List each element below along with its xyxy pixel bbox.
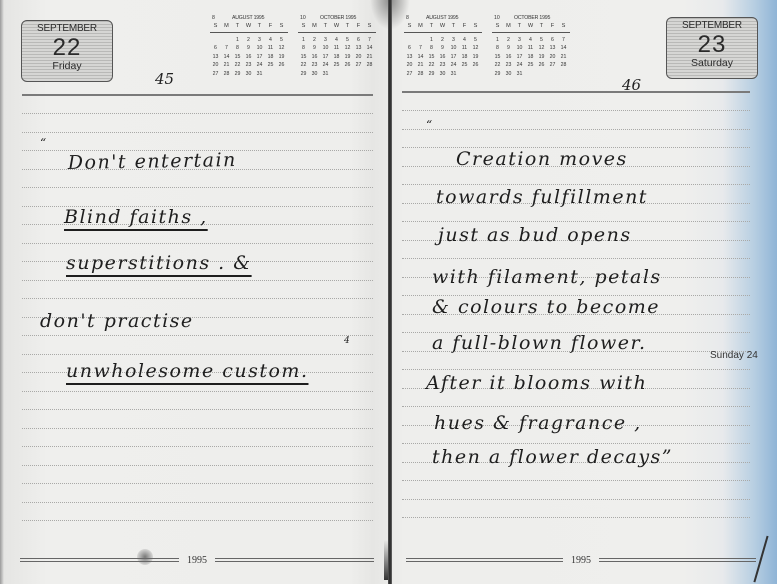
header-rule bbox=[402, 91, 750, 93]
calendar-day: 15 bbox=[232, 53, 243, 62]
calendar-weekday: M bbox=[221, 22, 232, 31]
calendar-title: AUGUST 1995 bbox=[232, 15, 264, 21]
ruled-line bbox=[402, 369, 750, 370]
calendar-day: 10 bbox=[448, 44, 459, 53]
diary-spread: SEPTEMBER 22 Friday 8AUGUST 1995SMTWTFS1… bbox=[0, 0, 777, 584]
calendar-week-number: 8 bbox=[406, 15, 409, 21]
calendar-day: 18 bbox=[331, 53, 342, 62]
calendar-day: 14 bbox=[415, 53, 426, 62]
handwriting-line: just as bud opens bbox=[438, 224, 632, 246]
ruled-line bbox=[22, 483, 373, 484]
calendar-weekday: S bbox=[210, 22, 221, 31]
calendar-title: OCTOBER 1995 bbox=[320, 15, 356, 21]
calendar-day: 6 bbox=[404, 44, 415, 53]
calendar-day bbox=[342, 70, 353, 79]
calendar-day: 29 bbox=[298, 70, 309, 79]
calendar-day: 8 bbox=[298, 44, 309, 53]
calendar-day: 27 bbox=[404, 70, 415, 79]
calendar-day: 22 bbox=[232, 61, 243, 70]
ruled-line bbox=[22, 298, 373, 299]
calendar-weekday: S bbox=[470, 22, 481, 31]
calendar-day: 20 bbox=[404, 61, 415, 70]
calendar-day: 11 bbox=[331, 44, 342, 53]
calendar-rule bbox=[210, 32, 288, 33]
calendar-day bbox=[525, 70, 536, 79]
calendar-day: 31 bbox=[448, 70, 459, 79]
calendar-day: 25 bbox=[459, 61, 470, 70]
calendar-day: 28 bbox=[558, 61, 569, 70]
calendar-weekday: M bbox=[503, 22, 514, 31]
calendar-day: 28 bbox=[364, 61, 375, 70]
calendar-weekdays: SMTWTFS bbox=[210, 22, 292, 31]
calendar-day: 2 bbox=[503, 36, 514, 45]
calendar-day: 20 bbox=[210, 61, 221, 70]
calendar-day: 28 bbox=[415, 70, 426, 79]
calendar-day: 30 bbox=[503, 70, 514, 79]
calendar-day: 25 bbox=[331, 61, 342, 70]
calendar-day: 11 bbox=[459, 44, 470, 53]
calendar-week-number: 10 bbox=[494, 15, 500, 21]
calendar-days: 1234567891011121314151617181920212223242… bbox=[492, 36, 574, 79]
calendar-weekday: S bbox=[558, 22, 569, 31]
left-page: SEPTEMBER 22 Friday 8AUGUST 1995SMTWTFS1… bbox=[0, 0, 389, 584]
calendar-day: 19 bbox=[536, 53, 547, 62]
calendar-day: 24 bbox=[320, 61, 331, 70]
handwriting-line: & colours to become bbox=[432, 296, 660, 318]
calendar-day: 4 bbox=[459, 36, 470, 45]
calendar-day: 14 bbox=[558, 44, 569, 53]
calendar-day: 30 bbox=[437, 70, 448, 79]
calendar-day: 4 bbox=[265, 36, 276, 45]
footnote-mark: 4 bbox=[344, 336, 350, 346]
calendar-day: 5 bbox=[536, 36, 547, 45]
ruled-line bbox=[22, 335, 373, 336]
calendar-day bbox=[276, 70, 287, 79]
footer-rule bbox=[215, 558, 374, 562]
ruled-line bbox=[22, 465, 373, 466]
ruled-line bbox=[22, 132, 373, 133]
calendar-day: 13 bbox=[547, 44, 558, 53]
calendar-day: 2 bbox=[243, 36, 254, 45]
calendar-weekday: W bbox=[243, 22, 254, 31]
calendar-day: 13 bbox=[210, 53, 221, 62]
calendar-day: 17 bbox=[320, 53, 331, 62]
calendar-day bbox=[265, 70, 276, 79]
calendar-day: 7 bbox=[415, 44, 426, 53]
calendar-day: 18 bbox=[525, 53, 536, 62]
mini-calendar-august: 8AUGUST 1995SMTWTFS123456789101112131415… bbox=[404, 15, 486, 79]
handwriting-line: then a flower decays” bbox=[432, 446, 673, 468]
calendar-day bbox=[364, 70, 375, 79]
ruled-line bbox=[22, 113, 373, 114]
header-rule bbox=[22, 94, 373, 96]
right-page: 8AUGUST 1995SMTWTFS123456789101112131415… bbox=[392, 0, 777, 584]
calendar-week-number: 8 bbox=[212, 15, 215, 21]
calendar-day: 18 bbox=[265, 53, 276, 62]
calendar-day: 12 bbox=[536, 44, 547, 53]
calendar-day: 19 bbox=[470, 53, 481, 62]
calendar-days: 1234567891011121314151617181920212223242… bbox=[404, 36, 486, 79]
calendar-day: 17 bbox=[448, 53, 459, 62]
calendar-weekday: W bbox=[525, 22, 536, 31]
calendar-day bbox=[558, 70, 569, 79]
date-day: 23 bbox=[667, 32, 757, 57]
calendar-weekday: T bbox=[448, 22, 459, 31]
calendar-day: 8 bbox=[492, 44, 503, 53]
calendar-day bbox=[459, 70, 470, 79]
calendar-day: 22 bbox=[298, 61, 309, 70]
date-weekday: Friday bbox=[22, 60, 112, 73]
handwriting-line: a full-blown flower. bbox=[432, 332, 647, 354]
calendar-day: 10 bbox=[254, 44, 265, 53]
calendar-day: 3 bbox=[448, 36, 459, 45]
calendar-day: 12 bbox=[276, 44, 287, 53]
calendar-day: 7 bbox=[364, 36, 375, 45]
calendar-day: 12 bbox=[342, 44, 353, 53]
calendar-day: 21 bbox=[415, 61, 426, 70]
calendar-day: 2 bbox=[437, 36, 448, 45]
calendar-day: 19 bbox=[342, 53, 353, 62]
handwriting-line: with filament, petals bbox=[432, 266, 662, 288]
calendar-day: 16 bbox=[309, 53, 320, 62]
calendar-day: 1 bbox=[298, 36, 309, 45]
calendar-weekday: F bbox=[265, 22, 276, 31]
ruled-line bbox=[402, 406, 750, 407]
calendar-days: 1234567891011121314151617181920212223242… bbox=[298, 36, 380, 79]
calendar-day: 31 bbox=[320, 70, 331, 79]
date-box-saturday: SEPTEMBER 23 Saturday bbox=[666, 17, 758, 79]
ruled-line bbox=[402, 443, 750, 444]
calendar-weekday: T bbox=[536, 22, 547, 31]
calendar-day: 4 bbox=[331, 36, 342, 45]
calendar-weekday: M bbox=[415, 22, 426, 31]
page-footer: 1995 bbox=[406, 555, 756, 565]
calendar-day: 29 bbox=[426, 70, 437, 79]
calendar-rule bbox=[492, 32, 570, 33]
calendar-day: 26 bbox=[536, 61, 547, 70]
calendar-day: 23 bbox=[309, 61, 320, 70]
mini-calendar-october: 10OCTOBER 1995SMTWTFS1234567891011121314… bbox=[492, 15, 574, 79]
ruled-line bbox=[402, 480, 750, 481]
calendar-day: 15 bbox=[426, 53, 437, 62]
calendar-day: 26 bbox=[342, 61, 353, 70]
calendar-day: 15 bbox=[298, 53, 309, 62]
calendar-day: 16 bbox=[503, 53, 514, 62]
calendar-rule bbox=[404, 32, 482, 33]
ruled-line bbox=[22, 520, 373, 521]
calendar-day: 30 bbox=[309, 70, 320, 79]
calendar-weekdays: SMTWTFS bbox=[298, 22, 380, 31]
calendar-day: 17 bbox=[254, 53, 265, 62]
calendar-day bbox=[210, 36, 221, 45]
handwritten-page-number: 45 bbox=[155, 70, 174, 88]
footer-rule bbox=[406, 558, 563, 562]
calendar-weekday: S bbox=[298, 22, 309, 31]
mini-calendar-october: 10OCTOBER 1995SMTWTFS1234567891011121314… bbox=[298, 15, 380, 79]
calendar-header: 10OCTOBER 1995 bbox=[298, 15, 380, 22]
calendar-day: 23 bbox=[503, 61, 514, 70]
calendar-day: 7 bbox=[221, 44, 232, 53]
calendar-day: 6 bbox=[353, 36, 364, 45]
calendar-day: 10 bbox=[514, 44, 525, 53]
calendar-day: 26 bbox=[276, 61, 287, 70]
calendar-day: 1 bbox=[426, 36, 437, 45]
calendar-weekdays: SMTWTFS bbox=[404, 22, 486, 31]
calendar-day: 10 bbox=[320, 44, 331, 53]
calendar-day: 25 bbox=[265, 61, 276, 70]
date-box-friday: SEPTEMBER 22 Friday bbox=[21, 20, 113, 82]
calendar-day bbox=[415, 36, 426, 45]
mini-calendar-august: 8AUGUST 1995SMTWTFS123456789101112131415… bbox=[210, 15, 292, 79]
ruled-line bbox=[22, 502, 373, 503]
date-day: 22 bbox=[22, 35, 112, 60]
ruled-line bbox=[402, 184, 750, 185]
calendar-day: 27 bbox=[353, 61, 364, 70]
calendar-title: OCTOBER 1995 bbox=[514, 15, 550, 21]
calendar-day: 27 bbox=[547, 61, 558, 70]
calendar-day: 4 bbox=[525, 36, 536, 45]
calendar-weekday: S bbox=[404, 22, 415, 31]
calendar-day: 28 bbox=[221, 70, 232, 79]
calendar-day: 14 bbox=[221, 53, 232, 62]
ruled-line bbox=[402, 129, 750, 130]
calendar-weekday: T bbox=[232, 22, 243, 31]
calendar-day: 23 bbox=[243, 61, 254, 70]
calendar-day bbox=[536, 70, 547, 79]
calendar-day: 21 bbox=[221, 61, 232, 70]
calendar-day: 20 bbox=[353, 53, 364, 62]
calendar-day: 7 bbox=[558, 36, 569, 45]
calendar-day: 20 bbox=[547, 53, 558, 62]
calendar-day: 13 bbox=[404, 53, 415, 62]
calendar-day bbox=[547, 70, 558, 79]
calendar-weekday: M bbox=[309, 22, 320, 31]
calendar-day: 21 bbox=[558, 53, 569, 62]
calendar-day: 6 bbox=[210, 44, 221, 53]
calendar-day: 11 bbox=[525, 44, 536, 53]
calendar-day: 15 bbox=[492, 53, 503, 62]
calendar-weekday: T bbox=[254, 22, 265, 31]
calendar-day: 16 bbox=[243, 53, 254, 62]
calendar-day: 5 bbox=[342, 36, 353, 45]
handwriting-line: towards fulfillment bbox=[436, 186, 648, 208]
calendar-weekday: T bbox=[514, 22, 525, 31]
ruled-line bbox=[22, 187, 373, 188]
calendar-day: 31 bbox=[514, 70, 525, 79]
calendar-day: 1 bbox=[492, 36, 503, 45]
date-weekday: Saturday bbox=[667, 57, 757, 70]
calendar-title: AUGUST 1995 bbox=[426, 15, 458, 21]
handwriting-line: don't practise bbox=[40, 310, 194, 332]
calendar-weekday: F bbox=[353, 22, 364, 31]
calendar-day: 23 bbox=[437, 61, 448, 70]
calendar-days: 1234567891011121314151617181920212223242… bbox=[210, 36, 292, 79]
calendar-day: 8 bbox=[426, 44, 437, 53]
calendar-day: 14 bbox=[364, 44, 375, 53]
footer-rule bbox=[20, 558, 179, 562]
calendar-day: 29 bbox=[232, 70, 243, 79]
calendar-day: 1 bbox=[232, 36, 243, 45]
calendar-day: 29 bbox=[492, 70, 503, 79]
calendar-weekday: W bbox=[437, 22, 448, 31]
calendar-header: 8AUGUST 1995 bbox=[404, 15, 486, 22]
calendar-day: 13 bbox=[353, 44, 364, 53]
calendar-day: 12 bbox=[470, 44, 481, 53]
calendar-day: 24 bbox=[448, 61, 459, 70]
calendar-day: 17 bbox=[514, 53, 525, 62]
handwriting-line: After it blooms with bbox=[426, 372, 647, 394]
calendar-week-number: 10 bbox=[300, 15, 306, 21]
calendar-day: 24 bbox=[254, 61, 265, 70]
page-footer: 1995 bbox=[20, 555, 374, 565]
ruled-line bbox=[22, 243, 373, 244]
margin-mark: “ bbox=[426, 118, 432, 132]
ruled-line bbox=[402, 517, 750, 518]
calendar-weekday: W bbox=[331, 22, 342, 31]
calendar-day: 9 bbox=[309, 44, 320, 53]
calendar-day: 5 bbox=[470, 36, 481, 45]
footer-year: 1995 bbox=[563, 555, 599, 566]
spine-edge bbox=[384, 540, 388, 580]
calendar-day: 31 bbox=[254, 70, 265, 79]
calendar-day: 8 bbox=[232, 44, 243, 53]
calendar-rule bbox=[298, 32, 376, 33]
calendar-day bbox=[404, 36, 415, 45]
calendar-day bbox=[331, 70, 342, 79]
calendar-day bbox=[470, 70, 481, 79]
calendar-day: 26 bbox=[470, 61, 481, 70]
calendar-day: 3 bbox=[320, 36, 331, 45]
calendar-day: 9 bbox=[437, 44, 448, 53]
ruled-line bbox=[22, 354, 373, 355]
calendar-day: 22 bbox=[426, 61, 437, 70]
calendar-weekday: F bbox=[459, 22, 470, 31]
calendar-day: 27 bbox=[210, 70, 221, 79]
calendar-day: 11 bbox=[265, 44, 276, 53]
calendar-weekday: T bbox=[426, 22, 437, 31]
calendar-day: 19 bbox=[276, 53, 287, 62]
ruled-line bbox=[402, 499, 750, 500]
ruled-line bbox=[22, 280, 373, 281]
calendar-day: 21 bbox=[364, 53, 375, 62]
calendar-weekdays: SMTWTFS bbox=[492, 22, 574, 31]
handwriting-line: superstitions . & bbox=[66, 252, 252, 274]
ruled-line bbox=[22, 391, 373, 392]
calendar-day bbox=[221, 36, 232, 45]
calendar-day: 3 bbox=[514, 36, 525, 45]
footer-rule bbox=[599, 558, 756, 562]
calendar-day: 22 bbox=[492, 61, 503, 70]
calendar-weekday: F bbox=[547, 22, 558, 31]
next-day-label: Sunday 24 bbox=[710, 350, 758, 361]
ruled-line bbox=[22, 446, 373, 447]
ruled-line bbox=[402, 221, 750, 222]
calendar-day: 24 bbox=[514, 61, 525, 70]
footer-year: 1995 bbox=[179, 555, 215, 566]
calendar-day: 16 bbox=[437, 53, 448, 62]
ruled-line bbox=[402, 110, 750, 111]
calendar-weekday: S bbox=[276, 22, 287, 31]
ruled-line bbox=[22, 428, 373, 429]
calendar-header: 10OCTOBER 1995 bbox=[492, 15, 574, 22]
calendar-day: 9 bbox=[243, 44, 254, 53]
handwriting-line: Creation moves bbox=[456, 148, 628, 170]
handwriting-line: hues & fragrance , bbox=[434, 412, 642, 434]
calendar-day: 3 bbox=[254, 36, 265, 45]
ruled-line bbox=[402, 258, 750, 259]
calendar-day: 5 bbox=[276, 36, 287, 45]
handwriting-line: Blind faiths , bbox=[64, 206, 208, 228]
ruled-line bbox=[22, 409, 373, 410]
calendar-weekday: T bbox=[342, 22, 353, 31]
calendar-day: 6 bbox=[547, 36, 558, 45]
calendar-day: 18 bbox=[459, 53, 470, 62]
calendar-header: 8AUGUST 1995 bbox=[210, 15, 292, 22]
calendar-weekday: T bbox=[320, 22, 331, 31]
calendar-day: 2 bbox=[309, 36, 320, 45]
handwriting-line: unwholesome custom. bbox=[66, 360, 308, 382]
calendar-day: 25 bbox=[525, 61, 536, 70]
handwriting-line: Don't entertain bbox=[68, 149, 237, 174]
calendar-day: 30 bbox=[243, 70, 254, 79]
calendar-day bbox=[353, 70, 364, 79]
margin-mark: “ bbox=[40, 136, 46, 150]
calendar-weekday: S bbox=[492, 22, 503, 31]
calendar-day: 9 bbox=[503, 44, 514, 53]
